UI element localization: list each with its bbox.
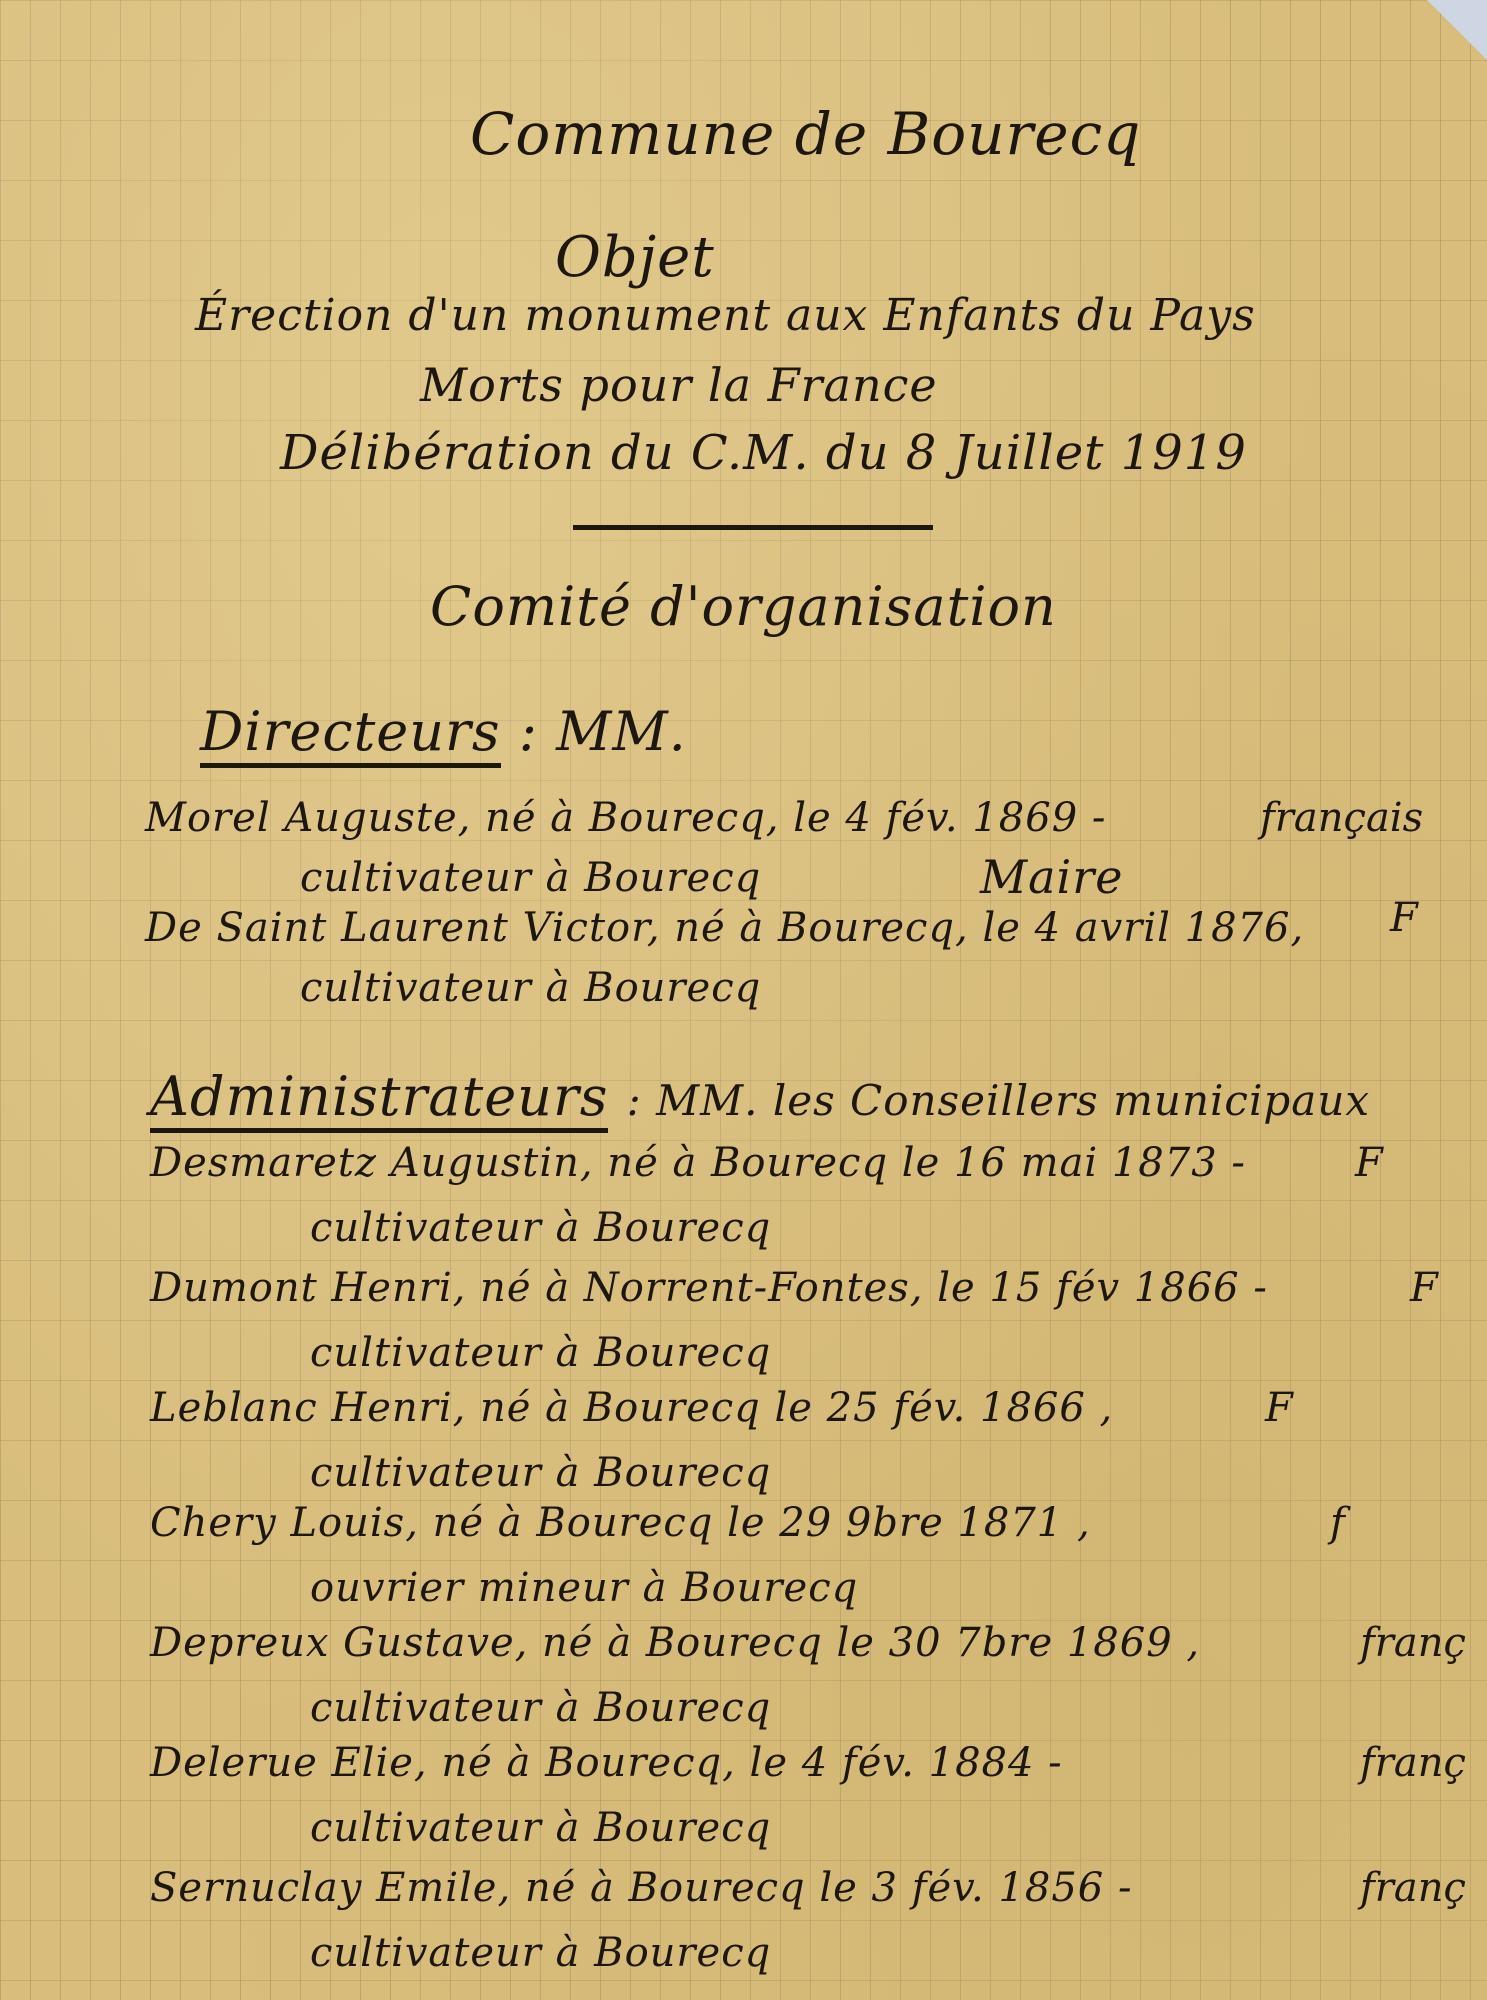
director-2-name: De Saint Laurent Victor, né à Bourecq, l… (145, 905, 1304, 951)
admin-1-nationality: F (1355, 1140, 1383, 1186)
admin-3-name: Leblanc Henri, né à Bourecq le 25 fév. 1… (150, 1385, 1113, 1431)
admin-5-nationality: franç (1360, 1620, 1466, 1666)
committee-title: Comité d'organisation (430, 575, 1057, 638)
commune-title: Commune de Bourecq (470, 100, 1141, 168)
director-1-name: Morel Auguste, né à Bourecq, le 4 fév. 1… (145, 795, 1106, 841)
director-1-role: Maire (980, 850, 1123, 904)
director-2-nationality: F (1390, 895, 1418, 941)
admin-2-occupation: cultivateur à Bourecq (310, 1330, 771, 1376)
handwritten-page: Commune de Bourecq Objet Érection d'un m… (0, 0, 1487, 2000)
directeurs-label: Directeurs (200, 700, 501, 768)
admin-4-nationality: f (1330, 1500, 1345, 1546)
directeurs-heading: Directeurs : MM. (200, 700, 687, 763)
admin-5-name: Depreux Gustave, né à Bourecq le 30 7bre… (150, 1620, 1200, 1666)
admin-3-nationality: F (1265, 1385, 1293, 1431)
admin-7-nationality: franç (1360, 1865, 1466, 1911)
header-divider (573, 525, 933, 530)
object-line-1: Érection d'un monument aux Enfants du Pa… (195, 290, 1256, 341)
admin-7-name: Sernuclay Emile, né à Bourecq le 3 fév. … (150, 1865, 1132, 1911)
admin-5-occupation: cultivateur à Bourecq (310, 1685, 771, 1731)
director-1-occupation: cultivateur à Bourecq (300, 855, 761, 901)
admin-2-nationality: F (1410, 1265, 1438, 1311)
admin-6-occupation: cultivateur à Bourecq (310, 1805, 771, 1851)
administrateurs-suffix: : MM. les Conseillers municipaux (627, 1076, 1370, 1125)
directeurs-suffix: : MM. (519, 700, 687, 763)
administrateurs-label: Administrateurs (150, 1065, 608, 1133)
admin-3-occupation: cultivateur à Bourecq (310, 1450, 771, 1496)
admin-4-name: Chery Louis, né à Bourecq le 29 9bre 187… (150, 1500, 1091, 1546)
director-2-occupation: cultivateur à Bourecq (300, 965, 761, 1011)
admin-1-occupation: cultivateur à Bourecq (310, 1205, 771, 1251)
administrateurs-heading: Administrateurs : MM. les Conseillers mu… (150, 1065, 1370, 1128)
admin-7-occupation: cultivateur à Bourecq (310, 1930, 771, 1976)
admin-4-occupation: ouvrier mineur à Bourecq (310, 1565, 858, 1611)
admin-2-name: Dumont Henri, né à Norrent-Fontes, le 15… (150, 1265, 1268, 1311)
admin-1-name: Desmaretz Augustin, né à Bourecq le 16 m… (150, 1140, 1246, 1186)
admin-6-name: Delerue Elie, né à Bourecq, le 4 fév. 18… (150, 1740, 1063, 1786)
admin-6-nationality: franç (1360, 1740, 1466, 1786)
object-label: Objet (555, 225, 715, 290)
deliberation-line: Délibération du C.M. du 8 Juillet 1919 (280, 425, 1247, 481)
folded-corner (1427, 0, 1487, 60)
director-1-nationality: français (1260, 795, 1423, 841)
object-line-2: Morts pour la France (420, 358, 938, 412)
